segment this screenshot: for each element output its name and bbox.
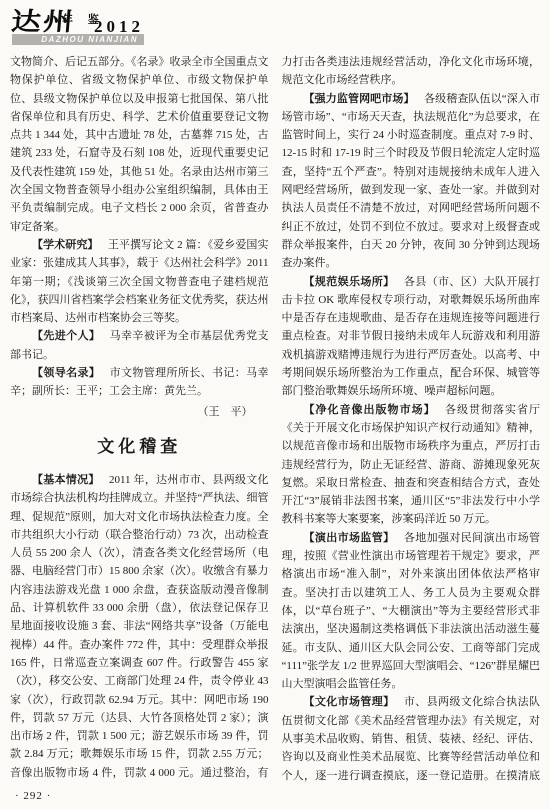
entry-label-entertainment-venues: 【规范娱乐场所】 [304, 276, 395, 288]
entry-label-culture-market-management: 【文化市场管理】 [304, 696, 395, 708]
entry-text-entertainment-venues: 各县（市、区）大队开展打击卡拉 OK 歌库侵权专项行动，对歌舞娱乐场所曲库中是否… [282, 276, 541, 398]
entry-text-academic-research: 王平撰写论文 2 篇：《爱乡爱国实业家：张建成其人其事》，载于《达州社会科学》2… [10, 239, 269, 324]
entry-label-academic-research: 【学术研究】 [32, 239, 98, 251]
entry-label-basic-situation: 【基本情况】 [32, 474, 100, 486]
entry-av-publications-market: 【净化音像出版物市场】各级贯彻落实省厅《关于开展文化市场保护知识产权行动通知》精… [282, 401, 541, 529]
entry-performance-market-supervision: 【演出市场监管】各地加强对民间演出市场管理，按照《营业性演出市场管理若干规定》要… [282, 529, 541, 694]
entry-text-internet-cafe-regulation: 各级稽查队伍以“深入市场管市场”、“市场天天查，执法规范化”为总要求，在监管时间… [282, 93, 541, 270]
entry-academic-research: 【学术研究】王平撰写论文 2 篇：《爱乡爱国实业家：张建成其人其事》，载于《达州… [10, 236, 269, 327]
article-body: 文物简介、后记五部分。《名录》收录全市全国重点文物保护单位、省级文物保护单位、市… [10, 53, 540, 795]
section-title: 文化稽查 [10, 436, 269, 458]
masthead-pinyin-bar: DAZHOU NIANJIAN [12, 34, 144, 45]
carryover-paragraph: 文物简介、后记五部分。《名录》收录全市全国重点文物保护单位、省级文物保护单位、市… [10, 53, 269, 236]
entry-label-performance-market-supervision: 【演出市场监管】 [304, 532, 395, 544]
entry-label-internet-cafe-regulation: 【强力监管网吧市场】 [304, 93, 415, 105]
entry-label-leader-roster: 【领导名录】 [32, 367, 100, 379]
entry-label-av-publications-market: 【净化音像出版物市场】 [304, 404, 436, 416]
page-number: · 292 · [15, 790, 51, 802]
entry-text-av-publications-market: 各级贯彻落实省厅《关于开展文化市场保护知识产权行动通知》精神，以规范音像市场和出… [282, 404, 541, 526]
author-byline: （王 平） [10, 403, 269, 421]
entry-label-advanced-individual: 【先进个人】 [32, 330, 100, 342]
entry-leader-roster: 【领导名录】市文物管理所所长、书记：马幸辛；副所长：王平；工会主席：黄先兰。 [10, 364, 269, 401]
entry-text-performance-market-supervision: 各地加强对民间演出市场管理，按照《营业性演出市场管理若干规定》要求，严格演出市场… [282, 532, 541, 690]
masthead-pinyin-text: DAZHOU NIANJIAN [41, 35, 138, 44]
masthead: 达州 年 鉴 2012 DAZHOU NIANJIAN [10, 4, 330, 48]
yearbook-page: 达州 年 鉴 2012 DAZHOU NIANJIAN 文物简介、后记五部分。《… [0, 0, 550, 809]
entry-internet-cafe-regulation: 【强力监管网吧市场】各级稽查队伍以“深入市场管市场”、“市场天天查，执法规范化”… [282, 90, 541, 273]
entry-entertainment-venues: 【规范娱乐场所】各县（市、区）大队开展打击卡拉 OK 歌库侵权专项行动，对歌舞娱… [282, 273, 541, 401]
entry-advanced-individual: 【先进个人】马幸辛被评为全市基层优秀党支部书记。 [10, 327, 269, 364]
